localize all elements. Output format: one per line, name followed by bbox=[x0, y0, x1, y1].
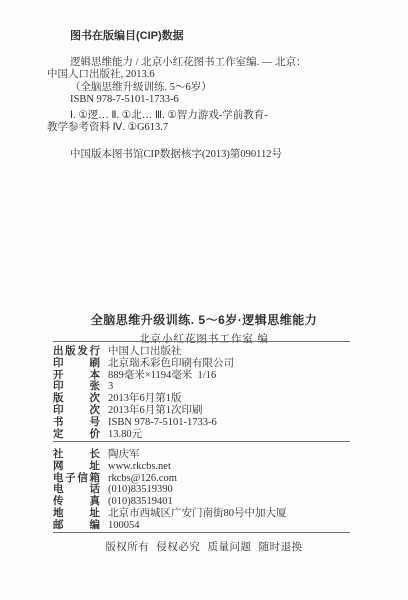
table-row: 定价13.80元 bbox=[53, 429, 234, 441]
row-value: 中国人口出版社 bbox=[108, 346, 182, 358]
row-value: 陶庆军 bbox=[108, 449, 140, 461]
cip-record-number: 中国版本图书馆CIP数据核字(2013)第090112号 bbox=[47, 149, 377, 161]
table-row: 书号ISBN 978-7-5101-1733-6 bbox=[53, 417, 234, 429]
cip-line-isbn: ISBN 978-7-5101-1733-6 bbox=[47, 94, 377, 106]
cip-header: 图书在版编目(CIP)数据 bbox=[70, 30, 377, 43]
row-value: (010)83519390 bbox=[108, 484, 173, 496]
row-label: 印刷 bbox=[53, 358, 100, 370]
book-title: 全脑思维升级训练. 5～6岁·逻辑思维能力 bbox=[0, 311, 408, 328]
cip-line-title: 逻辑思维能力 / 北京小红花图书工作室编. — 北京： bbox=[47, 57, 377, 69]
row-value: 889毫米×1194毫米 1/16 bbox=[108, 370, 216, 382]
row-value: 100054 bbox=[108, 520, 140, 532]
row-value: rkcbs@126.com bbox=[108, 473, 177, 485]
cip-line-series: （全脑思维升级训练. 5～6岁） bbox=[47, 82, 377, 94]
table-row: 印次2013年6月第1次印刷 bbox=[53, 405, 234, 417]
contact-info-table: 社长陶庆军 网址www.rkcbs.net 电子信箱rkcbs@126.com … bbox=[53, 449, 287, 532]
row-value: www.rkcbs.net bbox=[108, 461, 171, 473]
copyright-page: 图书在版编目(CIP)数据 逻辑思维能力 / 北京小红花图书工作室编. — 北京… bbox=[0, 0, 408, 600]
copyright-notice: 版权所有 侵权必究 质量问题 随时退换 bbox=[0, 539, 408, 554]
row-label: 书号 bbox=[53, 417, 100, 429]
row-label: 邮编 bbox=[53, 520, 100, 532]
table-row: 网址www.rkcbs.net bbox=[53, 461, 287, 473]
table-row: 印刷北京瑞禾彩色印刷有限公司 bbox=[53, 358, 234, 370]
book-editor: 北京小红花图书工作室 编 bbox=[0, 331, 408, 346]
row-value: (010)83519401 bbox=[108, 496, 173, 508]
row-label: 印次 bbox=[53, 405, 100, 417]
divider-bottom bbox=[53, 532, 350, 533]
row-label: 定价 bbox=[53, 429, 100, 441]
cip-line-publisher: 中国人口出版社, 2013.6 bbox=[47, 69, 377, 81]
row-value: 北京市西城区广安门南街80号中加大厦 bbox=[108, 508, 287, 520]
cip-line-classification-1: Ⅰ. ①逻… Ⅱ. ①北… Ⅲ. ①智力游戏-学前教育- bbox=[47, 110, 377, 122]
divider-top bbox=[53, 341, 350, 342]
row-label: 地址 bbox=[53, 508, 100, 520]
row-value: 3 bbox=[108, 381, 113, 393]
row-value: 2013年6月第1次印刷 bbox=[108, 405, 203, 417]
table-row: 地址北京市西城区广安门南街80号中加大厦 bbox=[53, 508, 287, 520]
row-value: 北京瑞禾彩色印刷有限公司 bbox=[108, 358, 234, 370]
row-value: 2013年6月第1版 bbox=[108, 393, 182, 405]
row-value: 13.80元 bbox=[108, 429, 142, 441]
table-row: 邮编100054 bbox=[53, 520, 287, 532]
cip-line-classification-2: 教学参考资料 Ⅳ. ①G613.7 bbox=[47, 122, 377, 134]
row-value: ISBN 978-7-5101-1733-6 bbox=[108, 417, 217, 429]
publication-info-table: 出版发行中国人口出版社 印刷北京瑞禾彩色印刷有限公司 开本889毫米×1194毫… bbox=[53, 346, 234, 440]
divider-middle bbox=[53, 441, 350, 442]
cip-section: 图书在版编目(CIP)数据 逻辑思维能力 / 北京小红花图书工作室编. — 北京… bbox=[47, 30, 377, 162]
row-label: 网址 bbox=[53, 461, 100, 473]
